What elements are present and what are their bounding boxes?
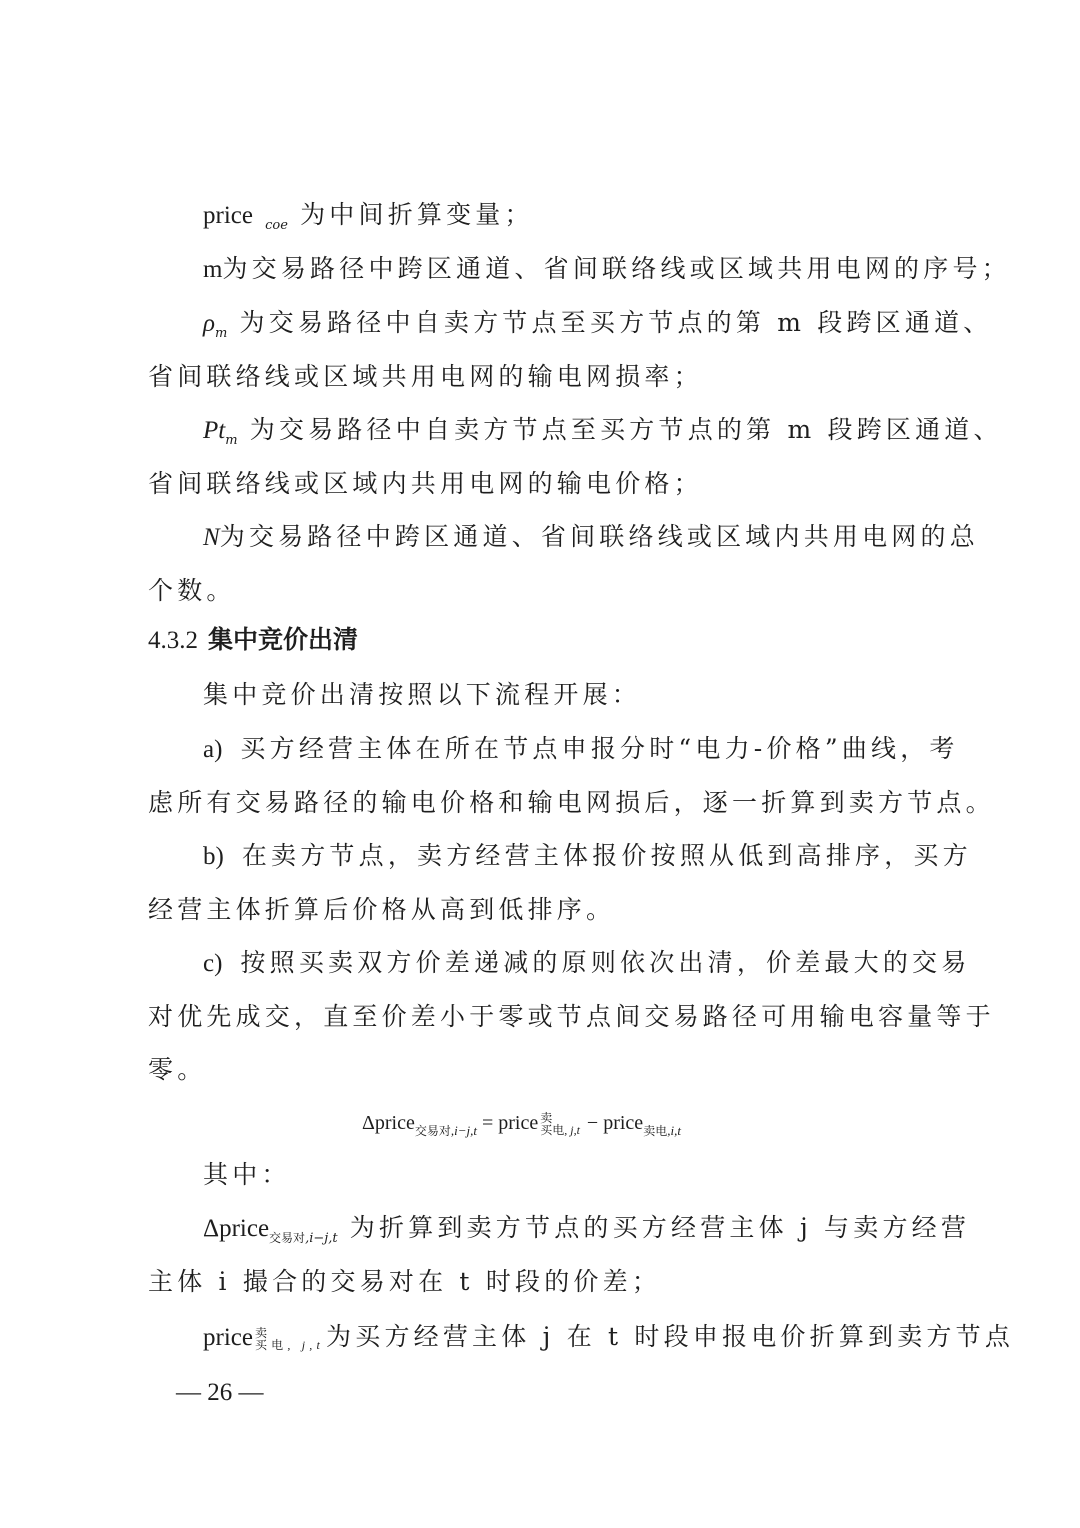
definition-delta-price: Δprice交易对,i−j,t 为折算到卖方节点的买方经营主体 j 与卖方经营 (203, 1213, 993, 1254)
definition-text: 为中间折算变量； (300, 200, 534, 229)
definition-n-cont: 个数。 (148, 576, 938, 606)
step-b-cont: 经营主体折算后价格从高到低排序。 (148, 895, 938, 925)
definition-text: 为交易路径中自卖方节点至买方节点的第 m 段跨区通道、 (239, 308, 992, 337)
formula-lhs-sub-cn: 交易对 (415, 1124, 451, 1138)
step-text: 按照买卖双方价差递减的原则依次出清，价差最大的交易 (240, 948, 970, 977)
symbol: price (203, 202, 253, 229)
section-number: 4.3.2 (148, 627, 198, 654)
symbol: ρ (203, 310, 215, 337)
symbol-sub: , j,t (287, 1338, 324, 1352)
step-text: 在卖方节点，卖方经营主体报价按照从低到高排序，买方 (242, 841, 972, 870)
definition-text: 为交易路径中跨区通道、省间联络线或区域内共用电网的总 (220, 522, 979, 551)
formula-term1-sub-cn: 买电 (540, 1123, 564, 1137)
definition-rho-m: ρm 为交易路径中自卖方节点至买方节点的第 m 段跨区通道、 (203, 308, 993, 349)
formula-term2-sub-cn: 卖电 (643, 1124, 667, 1138)
subscript: m (225, 433, 237, 448)
formula-lhs-sub: ,i−j,t (451, 1123, 477, 1138)
definition-price-buy: price卖买电, j,t为买方经营主体 j 在 t 时段申报电价折算到卖方节点 (203, 1322, 993, 1353)
where-label: 其中： (203, 1160, 993, 1190)
definition-n: N为交易路径中跨区通道、省间联络线或区域内共用电网的总 (203, 522, 993, 553)
definition-pt-m: Ptm 为交易路径中自卖方节点至买方节点的第 m 段跨区通道、 (203, 415, 993, 456)
step-a-cont: 虑所有交易路径的输电价格和输电网损后，逐一折算到卖方节点。 (148, 788, 938, 818)
step-label: b) (203, 843, 224, 870)
subscript: m (215, 326, 227, 341)
step-text: 买方经营主体在所在节点申报分时“电力-价格”曲线，考 (240, 734, 958, 763)
symbol-scripts: 卖买电, j,t (255, 1327, 324, 1351)
symbol: N (203, 524, 220, 551)
definition-pt-m-cont: 省间联络线或区域内共用电网的输电价格； (148, 469, 938, 499)
definition-price-coe: price coe 为中间折算变量； (203, 200, 993, 241)
symbol: m (203, 256, 222, 283)
definition-text: 为折算到卖方节点的买方经营主体 j 与卖方经营 (350, 1213, 970, 1242)
symbol: Pt (203, 417, 225, 444)
formula-term1-sub: , j,t (564, 1123, 580, 1137)
symbol-sub-cn: 交易对 (269, 1231, 305, 1245)
subscript: coe (265, 218, 288, 233)
step-c-cont: 对优先成交，直至价差小于零或节点间交易路径可用输电容量等于 (148, 1002, 938, 1032)
step-a: a)买方经营主体在所在节点申报分时“电力-价格”曲线，考 (203, 734, 993, 765)
definition-delta-price-cont: 主体 i 撮合的交易对在 t 时段的价差； (148, 1267, 938, 1297)
symbol: price (203, 1324, 253, 1351)
page-number: — 26 — (176, 1378, 264, 1408)
step-c-cont2: 零。 (148, 1055, 938, 1085)
definition-text: 为交易路径中跨区通道、省间联络线或区域共用电网的序号； (222, 254, 1010, 283)
symbol-sub: ,i−j,t (305, 1231, 338, 1246)
price-difference-formula: Δprice交易对,i−j,t = price卖买电, j,t − price卖… (362, 1108, 681, 1146)
definition-text: 为交易路径中自卖方节点至买方节点的第 m 段跨区通道、 (250, 415, 1003, 444)
definition-text: 为买方经营主体 j 在 t 时段申报电价折算到卖方节点 (326, 1322, 1014, 1351)
definition-m: m为交易路径中跨区通道、省间联络线或区域共用电网的序号； (203, 254, 993, 285)
formula-term1-scripts: 卖买电, j,t (540, 1112, 580, 1136)
formula-term2-sub: ,i,t (667, 1123, 681, 1138)
step-b: b)在卖方节点，卖方经营主体报价按照从低到高排序，买方 (203, 841, 993, 872)
section-title: 集中竞价出清 (208, 625, 358, 654)
formula-term1: price (498, 1112, 538, 1134)
document-page: price coe 为中间折算变量； m为交易路径中跨区通道、省间联络线或区域共… (0, 0, 1080, 1528)
formula-minus: − (587, 1112, 598, 1134)
formula-lhs: Δprice (362, 1112, 415, 1134)
formula-term2: price (603, 1112, 643, 1134)
definition-rho-m-cont: 省间联络线或区域共用电网的输电网损率； (148, 362, 938, 392)
step-label: a) (203, 736, 222, 763)
formula-equals: = (482, 1112, 493, 1134)
section-heading: 4.3.2集中竞价出清 (148, 625, 358, 656)
step-c: c)按照买卖双方价差递减的原则依次出清，价差最大的交易 (203, 948, 993, 979)
step-label: c) (203, 950, 222, 977)
symbol: Δprice (203, 1215, 269, 1242)
intro-paragraph: 集中竞价出清按照以下流程开展： (203, 680, 993, 710)
symbol-sub-cn: 买电 (255, 1338, 287, 1352)
